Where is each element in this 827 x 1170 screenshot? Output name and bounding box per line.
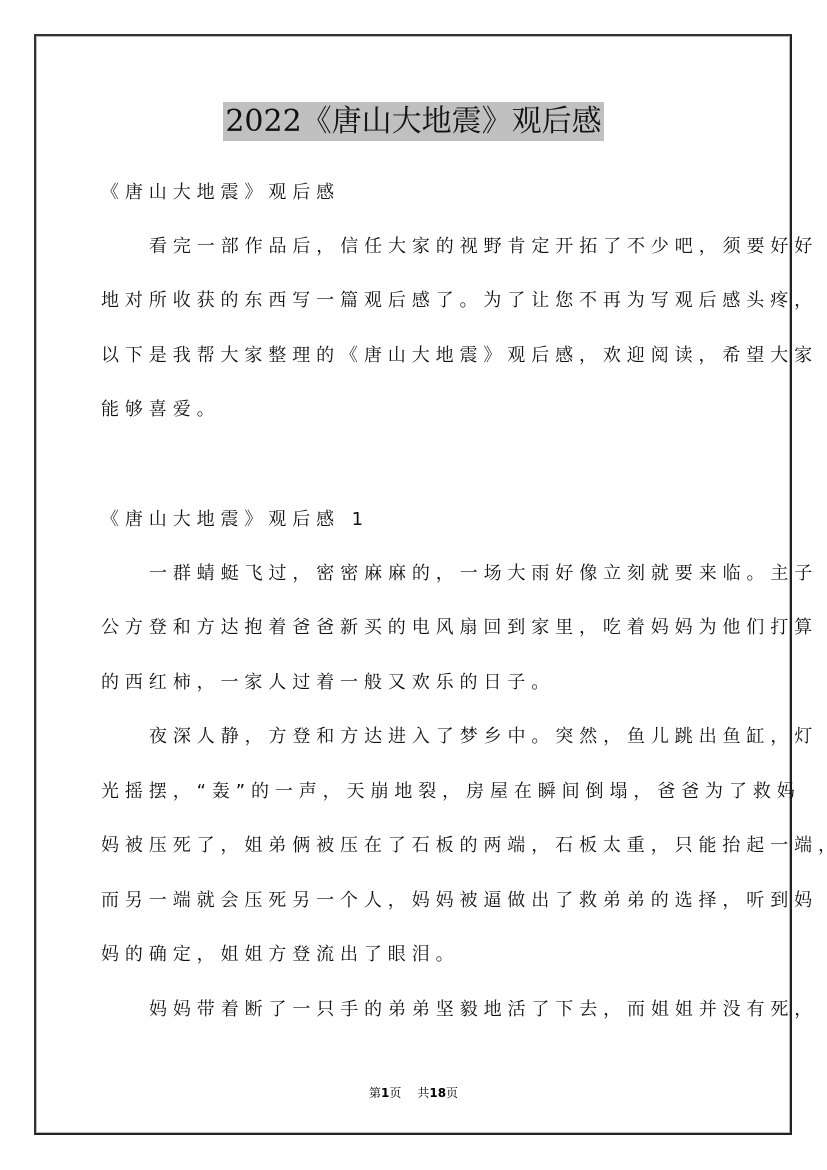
intro-paragraph-line: 看完一部作品后，信任大家的视野肯定开拓了不少吧，须要好好 <box>149 235 789 259</box>
title-container: 2022《唐山大地震》观后感 <box>0 102 827 141</box>
paragraph-line: 公方登和方达抱着爸爸新买的电风扇回到家里，吃着妈妈为他们打算 <box>101 616 741 640</box>
paragraph-line: 妈的确定，姐姐方登流出了眼泪。 <box>101 943 741 967</box>
intro-paragraph-line: 能够喜爱。 <box>101 398 741 422</box>
paragraph-line: 夜深人静，方登和方达进入了梦乡中。突然，鱼儿跳出鱼缸，灯 <box>149 725 789 749</box>
total-pages: 18 <box>429 1086 446 1100</box>
page-prefix: 第 <box>369 1086 381 1100</box>
document-title: 2022《唐山大地震》观后感 <box>223 102 603 141</box>
paragraph-line: 妈妈带着断了一只手的弟弟坚毅地活了下去，而姐姐并没有死， <box>149 998 789 1022</box>
paragraph-line: 而另一端就会压死另一个人，妈妈被逼做出了救弟弟的选择，听到妈 <box>101 889 741 913</box>
intro-paragraph-line: 地对所收获的东西写一篇观后感了。为了让您不再为写观后感头疼， <box>101 289 741 313</box>
total-prefix: 共 <box>417 1086 429 1100</box>
intro-heading: 《唐山大地震》观后感 <box>101 181 741 205</box>
paragraph-line: 的西红柿，一家人过着一般又欢乐的日子。 <box>101 671 741 695</box>
section-heading: 《唐山大地震》观后感 1 <box>101 508 741 532</box>
paragraph-line: 妈被压死了，姐弟俩被压在了石板的两端，石板太重，只能抬起一端， <box>101 834 741 858</box>
page-suffix: 页 <box>389 1086 401 1100</box>
page-footer: 第1页共18页 <box>0 1084 827 1102</box>
paragraph-line: 光摇摆，“轰”的一声，天崩地裂，房屋在瞬间倒塌，爸爸为了救妈 <box>101 780 741 804</box>
intro-paragraph-line: 以下是我帮大家整理的《唐山大地震》观后感，欢迎阅读，希望大家 <box>101 344 741 368</box>
total-suffix: 页 <box>446 1086 458 1100</box>
paragraph-line: 一群蜻蜓飞过，密密麻麻的，一场大雨好像立刻就要来临。主子 <box>149 562 789 586</box>
